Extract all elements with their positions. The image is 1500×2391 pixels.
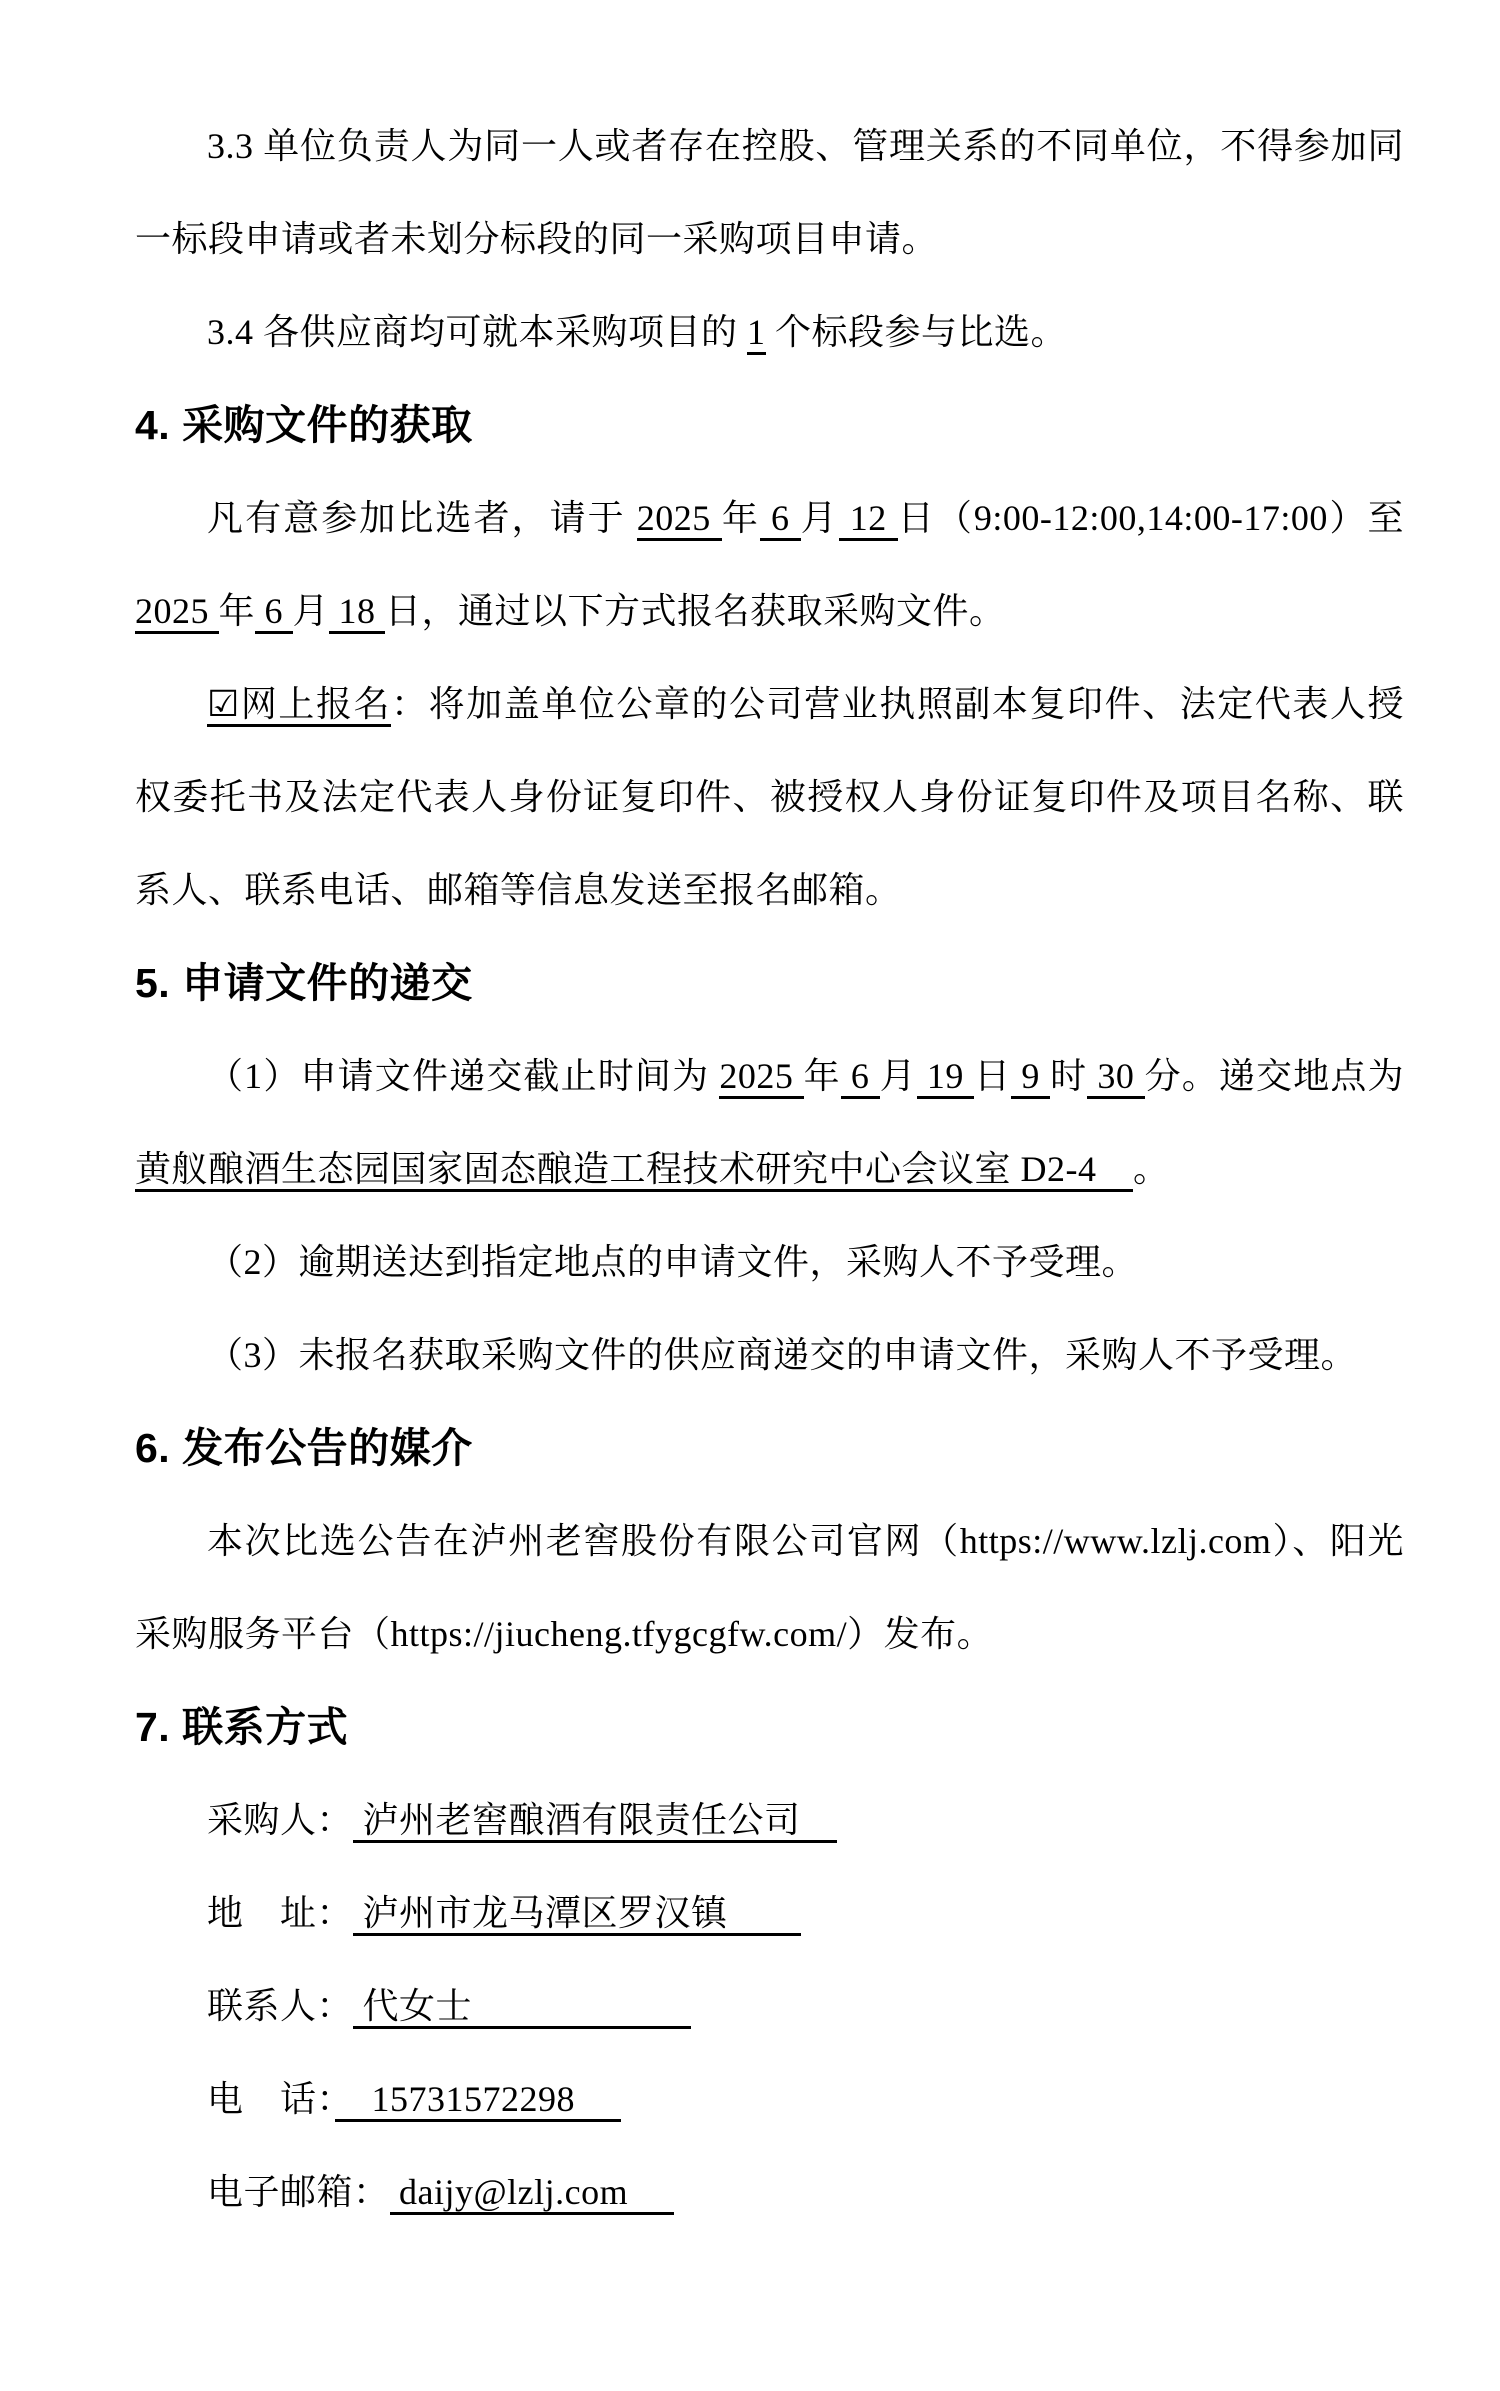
contact-line: 采购人： 泸州老窖酿酒有限责任公司 xyxy=(135,1774,1404,1867)
text-run: 3.4 各供应商均可就本采购项目的 xyxy=(207,312,747,352)
paragraph: 本次比选公告在泸州老窖股份有限公司官网（https://www.lzlj.com… xyxy=(135,1495,1404,1681)
document-page: 3.3 单位负责人为同一人或者存在控股、管理关系的不同单位，不得参加同一标段申请… xyxy=(0,0,1500,2391)
text-run: 5. 申请文件的递交 xyxy=(135,960,473,1006)
text-run: 电子邮箱： xyxy=(207,2172,390,2212)
text-run: 月 xyxy=(801,498,839,538)
text-run: 时 xyxy=(1050,1056,1087,1096)
paragraph: （3）未报名获取采购文件的供应商递交的申请文件，采购人不予受理。 xyxy=(135,1309,1404,1402)
text-run: 月 xyxy=(880,1056,917,1096)
underlined-text: 1 xyxy=(747,312,766,355)
text-run: 月 xyxy=(293,591,330,631)
text-run: 本次比选公告在泸州老窖股份有限公司官网（https://www.lzlj.com… xyxy=(135,1521,1404,1654)
text-run: 7. 联系方式 xyxy=(135,1704,348,1750)
text-run: （1）申请文件递交截止时间为 xyxy=(207,1056,719,1096)
paragraph: 3.4 各供应商均可就本采购项目的 1 个标段参与比选。 xyxy=(135,286,1404,379)
text-run: 采购人： xyxy=(207,1800,353,1840)
contact-line: 联系人： 代女士 xyxy=(135,1960,1404,2053)
paragraph: （1）申请文件递交截止时间为 2025 年 6 月 19 日 9 时 30 分。… xyxy=(135,1030,1404,1216)
underlined-text: 6 xyxy=(255,591,293,634)
contact-line: 电子邮箱： daijy@lzlj.com xyxy=(135,2146,1404,2239)
text-run: 分。递交地点为 xyxy=(1145,1056,1404,1096)
contact-line: 电 话： 15731572298 xyxy=(135,2053,1404,2146)
underlined-text: daijy@lzlj.com xyxy=(390,2172,675,2215)
text-run: 电 话： xyxy=(207,2079,335,2119)
section-heading: 4. 采购文件的获取 xyxy=(135,379,1404,472)
underlined-text: 9 xyxy=(1011,1056,1050,1099)
paragraph: （2）逾期送达到指定地点的申请文件，采购人不予受理。 xyxy=(135,1216,1404,1309)
text-run: 凡有意参加比选者，请于 xyxy=(207,498,637,538)
section-heading: 6. 发布公告的媒介 xyxy=(135,1402,1404,1495)
underlined-text: 18 xyxy=(329,591,385,634)
underlined-text: 2025 xyxy=(135,591,219,634)
text-run: 联系人： xyxy=(207,1986,353,2026)
text-run: 6. 发布公告的媒介 xyxy=(135,1425,473,1471)
text-run: 日，通过以下方式报名获取采购文件。 xyxy=(385,591,1006,631)
underlined-text: 2025 xyxy=(637,498,722,541)
paragraph: 凡有意参加比选者，请于 2025 年 6 月 12 日（9:00-12:00,1… xyxy=(135,472,1404,658)
text-run: （2）逾期送达到指定地点的申请文件，采购人不予受理。 xyxy=(207,1242,1138,1282)
underlined-text: 15731572298 xyxy=(335,2079,621,2122)
underlined-text: 6 xyxy=(760,498,801,541)
contact-line: 地 址： 泸州市龙马潭区罗汉镇 xyxy=(135,1867,1404,1960)
section-heading: 7. 联系方式 xyxy=(135,1681,1404,1774)
underlined-text: 2025 xyxy=(719,1056,803,1099)
underlined-text: 泸州市龙马潭区罗汉镇 xyxy=(353,1893,801,1936)
text-run: 。 xyxy=(1133,1149,1170,1189)
section-heading: 5. 申请文件的递交 xyxy=(135,937,1404,1030)
underlined-text: 19 xyxy=(917,1056,974,1099)
underlined-text: 泸州老窖酿酒有限责任公司 xyxy=(353,1800,837,1843)
text-run: （3）未报名获取采购文件的供应商递交的申请文件，采购人不予受理。 xyxy=(207,1335,1357,1375)
underlined-text: 代女士 xyxy=(353,1986,691,2029)
underlined-text: 6 xyxy=(841,1056,880,1099)
checkbox-checked-icon: ☑ xyxy=(207,684,240,727)
text-run: 日 xyxy=(974,1056,1011,1096)
paragraph: 3.3 单位负责人为同一人或者存在控股、管理关系的不同单位，不得参加同一标段申请… xyxy=(135,100,1404,286)
text-run: 年 xyxy=(219,591,256,631)
text-run: 年 xyxy=(804,1056,841,1096)
text-run: 日（9:00-12:00,14:00-17:00）至 xyxy=(898,498,1404,538)
underlined-text: 30 xyxy=(1087,1056,1144,1099)
text-run: 3.3 单位负责人为同一人或者存在控股、管理关系的不同单位，不得参加同一标段申请… xyxy=(135,126,1404,259)
text-run: 4. 采购文件的获取 xyxy=(135,402,473,448)
underlined-text: 黄舣酿酒生态园国家固态酿造工程技术研究中心会议室 D2-4 xyxy=(135,1149,1133,1192)
text-run: 地 址： xyxy=(207,1893,353,1933)
underlined-text: 网上报名 xyxy=(240,684,391,727)
text-run: 年 xyxy=(722,498,760,538)
text-run: 个标段参与比选。 xyxy=(766,312,1068,352)
paragraph: ☑网上报名：将加盖单位公章的公司营业执照副本复印件、法定代表人授权委托书及法定代… xyxy=(135,658,1404,937)
underlined-text: 12 xyxy=(839,498,898,541)
